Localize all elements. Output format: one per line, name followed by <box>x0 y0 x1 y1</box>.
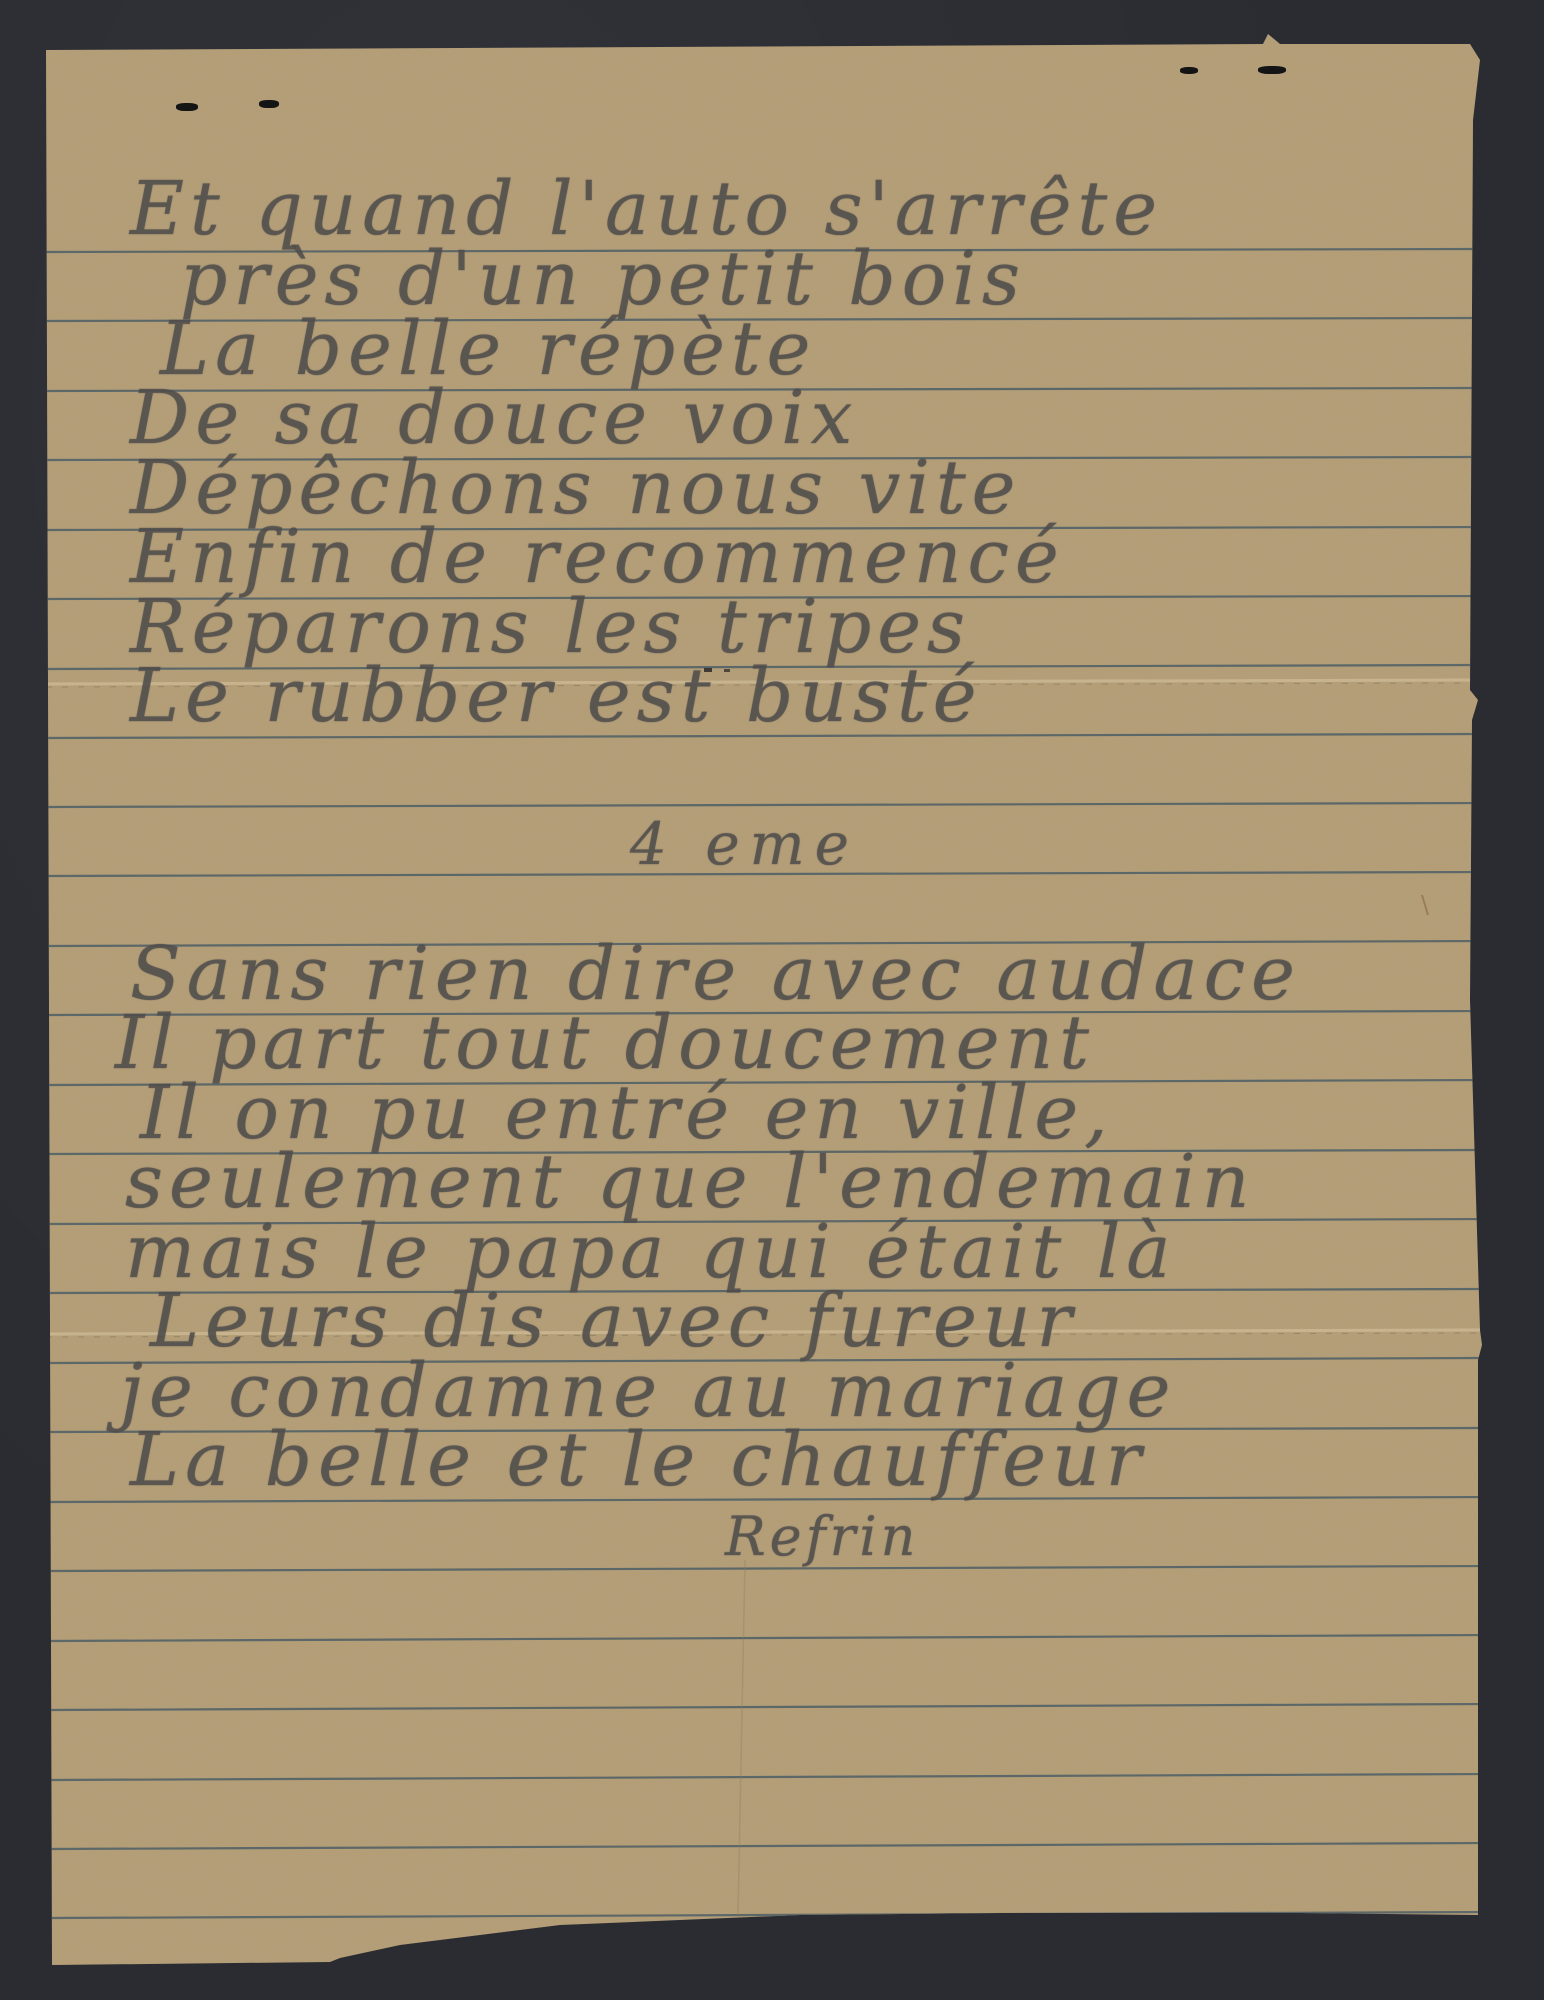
staple-hole <box>1258 66 1286 74</box>
lyric-line: Le rubber est busté <box>130 659 982 733</box>
lyric-line: La belle et le chauffeur <box>130 1423 1147 1497</box>
staple-hole <box>1180 67 1198 74</box>
lyric-line: Et quand l'auto s'arrête <box>130 172 1163 246</box>
lyric-line: Leurs dis avec fureur <box>150 1284 1078 1358</box>
staple-hole <box>176 103 198 111</box>
lyric-line: De sa douce voix <box>130 381 858 455</box>
refrain-label: Refrin <box>725 1510 919 1564</box>
verse-heading: 4 eme <box>630 815 859 873</box>
lyric-line: seulement que l'endemain <box>125 1145 1255 1219</box>
lyric-line: près d'un petit bois <box>180 242 1026 316</box>
lyric-line: Il part tout doucement <box>115 1006 1095 1080</box>
staple-hole <box>259 100 279 108</box>
lyric-line: Enfin de recommencé <box>130 520 1065 594</box>
